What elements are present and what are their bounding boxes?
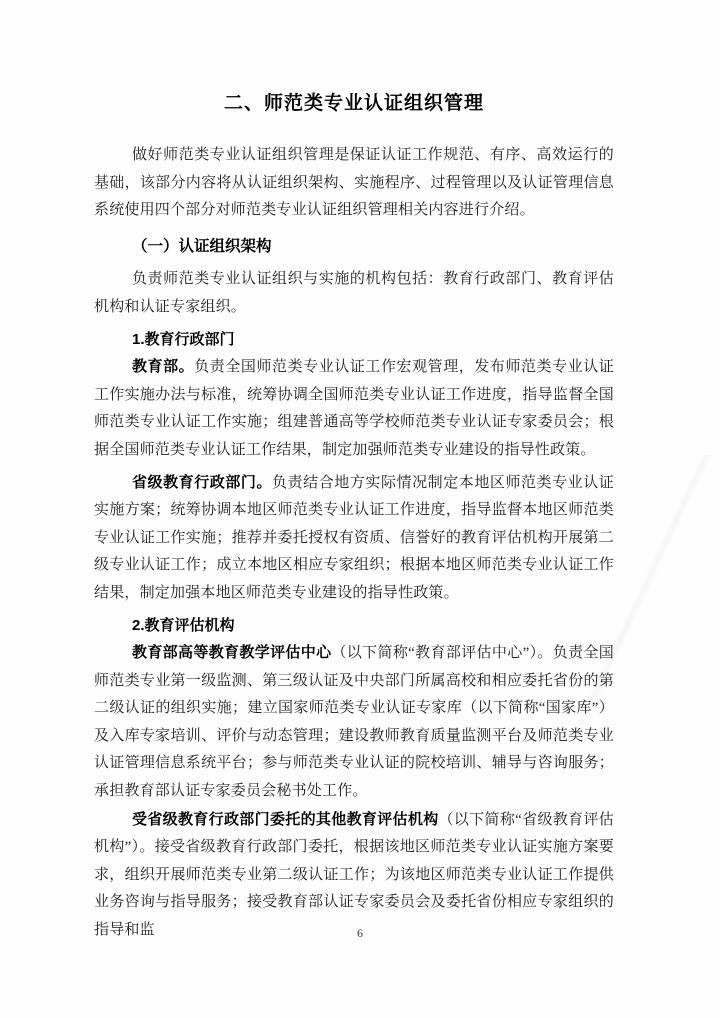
paragraph-intro: 做好师范类专业认证组织管理是保证认证工作规范、有序、高效运行的基础，该部分内容将… (94, 142, 614, 225)
paragraph-provincial-admin: 省级教育行政部门。负责结合地方实际情况制定本地区师范类专业认证实施方案；统筹协调… (94, 469, 614, 608)
page-title: 二、师范类专业认证组织管理 (94, 92, 614, 116)
page-number: 6 (0, 926, 720, 941)
paragraph-lead-provincial: 省级教育行政部门。 (132, 474, 272, 491)
heading-sub-1-education-admin: 1.教育行政部门 (94, 326, 614, 354)
paragraph-lead-heec: 教育部高等教育教学评估中心 (132, 644, 331, 661)
paragraph-section1-intro: 负责师范类专业认证组织与实施的机构包括：教育行政部门、教育评估机构和认证专家组织… (94, 266, 614, 321)
heading-sub-2-evaluation-agencies: 2.教育评估机构 (94, 612, 614, 640)
document-page: 二、师范类专业认证组织管理 做好师范类专业认证组织管理是保证认证工作规范、有序、… (0, 0, 720, 1018)
paragraph-heec: 教育部高等教育教学评估中心（以下简称“教育部评估中心”）。负责全国师范类专业第一… (94, 639, 614, 806)
paragraph-lead-moe: 教育部。 (132, 358, 194, 375)
paragraph-body-delegated: （以下简称“省级教育评估机构”）。接受省级教育行政部门委托，根据该地区师范类专业… (94, 812, 614, 938)
paragraph-ministry-of-education: 教育部。负责全国师范类专业认证工作宏观管理，发布师范类专业认证工作实施办法与标准… (94, 353, 614, 464)
document-content: 二、师范类专业认证组织管理 做好师范类专业认证组织管理是保证认证工作规范、有序、… (94, 92, 614, 945)
paragraph-delegated-agency: 受省级教育行政部门委托的其他教育评估机构（以下简称“省级教育评估机构”）。接受省… (94, 806, 614, 945)
paragraph-lead-delegated: 受省级教育行政部门委托的其他教育评估机构 (132, 811, 439, 828)
paragraph-body-provincial: 负责结合地方实际情况制定本地区师范类专业认证实施方案；统筹协调本地区师范类专业认… (94, 475, 614, 601)
paragraph-body-heec: （以下简称“教育部评估中心”）。负责全国师范类专业第一级监测、第三级认证及中央部… (94, 645, 614, 799)
heading-section-1: （一）认证组织架构 (94, 233, 614, 261)
